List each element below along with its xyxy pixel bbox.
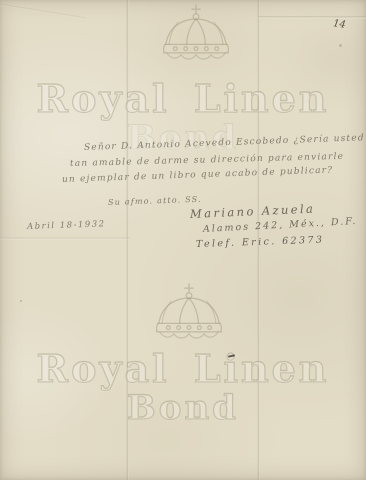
watermark-royal-linen-bottom: Royal Linen <box>0 346 366 391</box>
letter-body-line-3: un ejemplar de un libro que acabo de pub… <box>62 166 334 185</box>
letter-closing: Su afmo. atto. SS. <box>108 195 202 207</box>
watermark-bond-bottom: Bond <box>0 388 366 428</box>
fold-line-horizontal-left <box>0 237 130 240</box>
paper-speck <box>20 300 22 302</box>
date-line: Abril 18-1932 <box>27 219 106 232</box>
phone-line: Telef. Eric. 62373 <box>196 235 325 250</box>
folio-number: 14 <box>332 18 346 31</box>
watermark-royal-linen-top: Royal Linen <box>0 76 366 121</box>
crown-watermark-bottom-icon <box>144 282 234 346</box>
crown-watermark-top-icon <box>152 3 240 67</box>
paper-speck <box>339 44 342 47</box>
scanned-letter-page: Royal Linen Bond 14 Señor D. Antonio Ace… <box>0 0 366 480</box>
fold-line-diagonal-top-left <box>0 3 86 19</box>
fold-line-horizontal-top-right <box>258 16 366 19</box>
